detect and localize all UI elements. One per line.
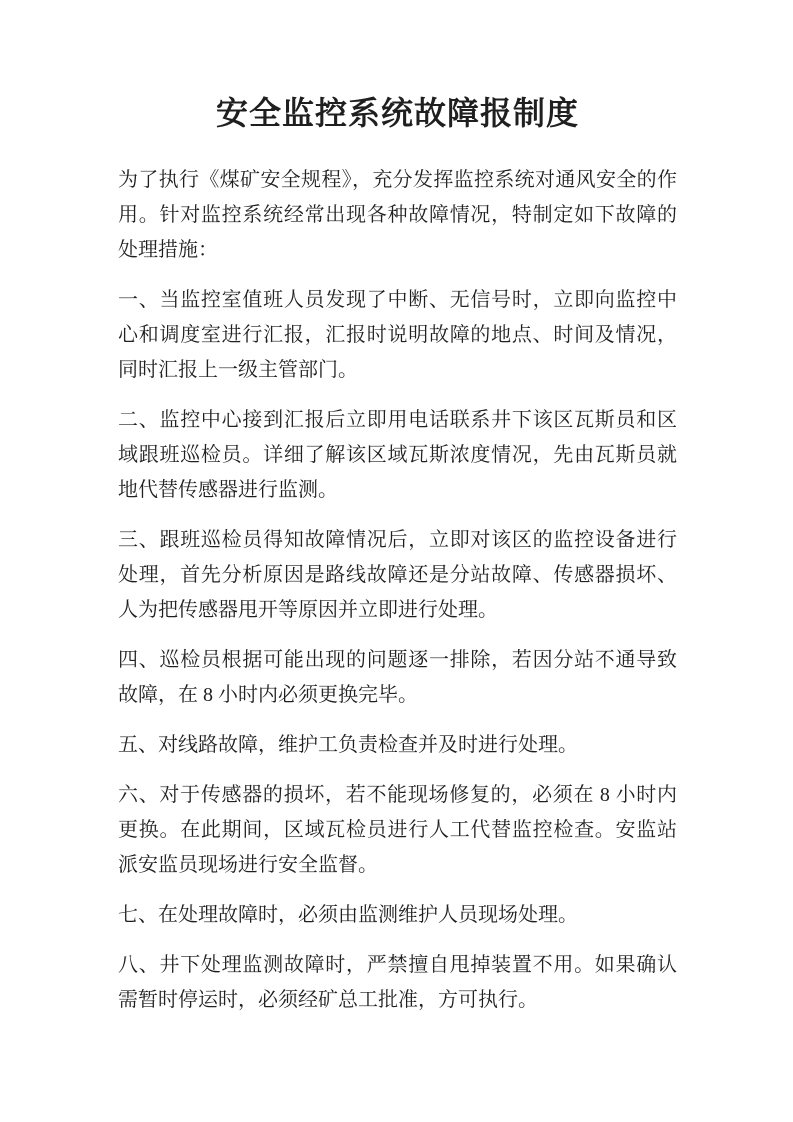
document-title: 安全监控系统故障报制度 [118, 90, 677, 136]
paragraph-item-4: 四、巡检员根据可能出现的问题逐一排除，若因分站不通导致故障，在 8 小时内必须更… [118, 643, 677, 713]
paragraph-item-8: 八、井下处理监测故障时，严禁擅自甩掉装置不用。如果确认需暂时停运时，必须经矿总工… [118, 948, 677, 1018]
document-page: 安全监控系统故障报制度 为了执行《煤矿安全规程》，充分发挥监控系统对通风安全的作… [0, 0, 793, 1122]
paragraph-intro: 为了执行《煤矿安全规程》，充分发挥监控系统对通风安全的作用。针对监控系统经常出现… [118, 163, 677, 268]
paragraph-item-3: 三、跟班巡检员得知故障情况后，立即对该区的监控设备进行处理，首先分析原因是路线故… [118, 523, 677, 628]
paragraph-item-2: 二、监控中心接到汇报后立即用电话联系井下该区瓦斯员和区域跟班巡检员。详细了解该区… [118, 403, 677, 508]
paragraph-item-5: 五、对线路故障，维护工负责检查并及时进行处理。 [118, 728, 677, 763]
paragraph-item-6: 六、对于传感器的损坏，若不能现场修复的，必须在 8 小时内更换。在此期间，区域瓦… [118, 778, 677, 883]
paragraph-item-1: 一、当监控室值班人员发现了中断、无信号时，立即向监控中心和调度室进行汇报，汇报时… [118, 283, 677, 388]
paragraph-item-7: 七、在处理故障时，必须由监测维护人员现场处理。 [118, 898, 677, 933]
